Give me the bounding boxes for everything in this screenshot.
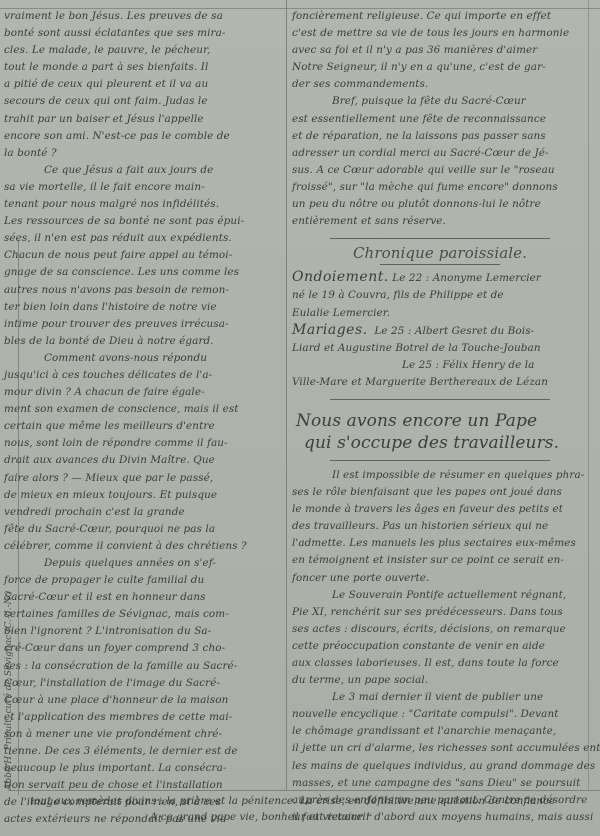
marriage-line: Le 25 : Albert Gesret du Bois-	[374, 325, 534, 337]
text-line: Pie XI, renchérit sur ses prédécesseurs.…	[292, 604, 588, 621]
text-line: célébrer, comme il convient à des chréti…	[4, 538, 284, 555]
text-line: Cœur à une place d'honneur de la maison	[4, 692, 284, 709]
article-title: Nous avons encore un Pape qui s'occupe d…	[292, 410, 588, 454]
text-line: cles. Le malade, le pauvre, le pécheur,	[4, 42, 284, 59]
text-line: foncer une porte ouverte.	[292, 570, 588, 587]
divider-rule	[330, 399, 550, 400]
text-line: autres nous n'avons pas besoin de remon-	[4, 282, 284, 299]
text-line: drait aux avances du Divin Maître. Que	[4, 452, 284, 469]
text-line: il jette un cri d'alarme, les richesses …	[292, 740, 588, 757]
text-line: Bref, puisque la fête du Sacré-Cœur	[292, 93, 588, 110]
paragraph-bonte: vraiment le bon Jésus. Les preuves de sa…	[4, 8, 284, 162]
paragraph-pie-xi: Le Souverain Pontife actuellement régnan…	[292, 587, 588, 690]
text-line: Cœur, l'installation de l'image du Sacré…	[4, 675, 284, 692]
footer-line: tout aux remèdes divins : la prière et l…	[30, 793, 600, 809]
text-line: masses, et une campagne des "sans Dieu" …	[292, 775, 588, 792]
article-title-line: Nous avons encore un Pape	[296, 410, 588, 432]
text-line: ter bien loin dans l'histoire de notre v…	[4, 299, 284, 316]
text-line: Sacré-Cœur et il est en honneur dans	[4, 589, 284, 606]
left-column: vraiment le bon Jésus. Les preuves de sa…	[4, 8, 284, 829]
text-line: sées, il n'en est pas réduit aux expédie…	[4, 230, 284, 247]
text-line: ses le rôle bienfaisant que les papes on…	[292, 484, 588, 501]
text-line: intime pour trouver des preuves irrécusa…	[4, 316, 284, 333]
divider-rule	[330, 238, 550, 239]
text-line: son à mener une vie profondément chré-	[4, 726, 284, 743]
text-line: tout le monde a part à ses bienfaits. Il	[4, 59, 284, 76]
marriage-line: Le 25 : Félix Henry de la	[292, 357, 588, 374]
text-line: Comment avons-nous répondu	[4, 350, 284, 367]
paragraph-fete-sacre-coeur: Bref, puisque la fête du Sacré-Cœurest e…	[292, 93, 588, 230]
text-line: bien l'ignorent ? L'intronisation du Sa-	[4, 623, 284, 640]
text-line: des travailleurs. Pas un historien série…	[292, 518, 588, 535]
text-line: vendredi prochain c'est la grande	[4, 504, 284, 521]
text-line: nouvelle encyclique : "Caritate compulsi…	[292, 706, 588, 723]
text-line: ses : la consécration de la famille au S…	[4, 658, 284, 675]
text-line: le chômage grandissant et l'anarchie men…	[292, 723, 588, 740]
text-line: ses actes : discours, écrits, décisions,…	[292, 621, 588, 638]
text-line: gnage de sa conscience. Les uns comme le…	[4, 264, 284, 281]
paragraph-culte-familial: Depuis quelques années on s'ef-force de …	[4, 555, 284, 829]
text-line: adresser un cordial merci au Sacré-Cœur …	[292, 145, 588, 162]
article-title-line: qui s'occupe des travailleurs.	[296, 432, 588, 454]
ordination-line: né le 19 à Couvra, fils de Philippe et d…	[292, 287, 588, 304]
text-line: fête du Sacré-Cœur, pourquoi ne pas la	[4, 521, 284, 538]
text-line: Depuis quelques années on s'ef-	[4, 555, 284, 572]
text-line: encore son ami. N'est-ce pas le comble d…	[4, 128, 284, 145]
paragraph-commandements: foncièrement religieuse. Ce qui importe …	[292, 8, 588, 93]
text-line: cré-Cœur dans un foyer comprend 3 cho-	[4, 640, 284, 657]
column-divider	[286, 0, 287, 790]
text-line: un peu du nôtre ou plutôt donnons-lui le…	[292, 196, 588, 213]
text-line: der ses commandements.	[292, 76, 588, 93]
text-line: tion servait peu de chose et l'installat…	[4, 777, 284, 794]
text-line: en témoignent et insister sur ce point c…	[292, 552, 588, 569]
text-line: avec sa foi et il n'y a pas 36 manières …	[292, 42, 588, 59]
text-line: certain que même les meilleurs d'entre	[4, 418, 284, 435]
text-line: a pitié de ceux qui pleurent et il va au	[4, 76, 284, 93]
text-line: Chacun de nous peut faire appel au témoi…	[4, 247, 284, 264]
text-line: tenant pour nous malgré nos infidélités.	[4, 196, 284, 213]
text-line: le monde à travers les âges en faveur de…	[292, 501, 588, 518]
text-line: l'admette. Les manuels les plus sectaire…	[292, 535, 588, 552]
text-line: les mains de quelques individus, au gran…	[292, 758, 588, 775]
paragraph-role-papes: Il est impossible de résumer en quelques…	[292, 467, 588, 587]
text-line: Notre Seigneur, il n'y en a qu'une, c'es…	[292, 59, 588, 76]
marriages-label: Mariages.	[292, 322, 368, 338]
text-line: certaines familles de Sévignac, mais com…	[4, 606, 284, 623]
text-line: foncièrement religieuse. Ce qui importe …	[292, 8, 588, 25]
text-line: du terme, un pape social.	[292, 672, 588, 689]
text-line: Le Souverain Pontife actuellement régnan…	[292, 587, 588, 604]
text-line: faire alors ? — Mieux que par le passé,	[4, 470, 284, 487]
text-line: force de propager le culte familial du	[4, 572, 284, 589]
text-line: sa vie mortelle, il le fait encore main-	[4, 179, 284, 196]
text-line: froissé", sur "la mèche qui fume encore"…	[292, 179, 588, 196]
text-line: jusqu'ici à ces touches délicates de l'a…	[4, 367, 284, 384]
ordination-line: Le 22 : Anonyme Lemercier	[392, 272, 541, 284]
text-line: Il est impossible de résumer en quelques…	[292, 467, 588, 484]
text-line: Ce que Jésus a fait aux jours de	[4, 162, 284, 179]
text-line: beaucoup le plus important. La consécra-	[4, 760, 284, 777]
text-line: nous, sont loin de répondre comme il fau…	[4, 435, 284, 452]
text-line: et l'application des membres de cette ma…	[4, 709, 284, 726]
text-line: bonté sont aussi éclatantes que ses mira…	[4, 25, 284, 42]
right-column: foncièrement religieuse. Ce qui importe …	[292, 8, 588, 826]
text-line: de mieux en mieux toujours. Et puisque	[4, 487, 284, 504]
text-line: ment son examen de conscience, mais il e…	[4, 401, 284, 418]
margin-signature: Abbé H. Prioult, curé de Sévignac (C.-d.…	[4, 591, 14, 790]
text-line: est essentiellement une fête de reconnai…	[292, 111, 588, 128]
footer-line: A ce grand pape vie, bonheur et victoire…	[30, 809, 600, 825]
document-page: vraiment le bon Jésus. Les preuves de sa…	[0, 0, 600, 836]
paragraph-infidelites: Ce que Jésus a fait aux jours desa vie m…	[4, 162, 284, 350]
paragraph-reponse: Comment avons-nous répondujusqu'ici à ce…	[4, 350, 284, 555]
marriage-line: Ville-Mare et Marguerite Berthereaux de …	[292, 374, 588, 391]
text-line: trahit par un baiser et Jésus l'appelle	[4, 111, 284, 128]
text-line: Les ressources de sa bonté ne sont pas é…	[4, 213, 284, 230]
divider-rule	[380, 264, 500, 265]
right-margin-rule	[588, 0, 589, 790]
ordination-line: Eulalie Lemercier.	[292, 305, 588, 322]
chronicle-heading: Chronique paroissiale.	[292, 245, 588, 262]
text-line: entièrement et sans réserve.	[292, 213, 588, 230]
footer-text: tout aux remèdes divins : la prière et l…	[30, 793, 600, 825]
text-line: Le 3 mai dernier il vient de publier une	[292, 689, 588, 706]
text-line: c'est de mettre sa vie de tous les jours…	[292, 25, 588, 42]
divider-rule	[330, 460, 550, 461]
text-line: tienne. De ces 3 éléments, le dernier es…	[4, 743, 284, 760]
text-line: secours de ceux qui ont faim. Judas le	[4, 93, 284, 110]
text-line: cette préoccupation constante de venir e…	[292, 638, 588, 655]
text-line: vraiment le bon Jésus. Les preuves de sa	[4, 8, 284, 25]
marriage-line: Liard et Augustine Botrel de la Touche-J…	[292, 340, 588, 357]
text-line: sus. A ce Cœur adorable qui veille sur l…	[292, 162, 588, 179]
text-line: bles de la bonté de Dieu à notre égard.	[4, 333, 284, 350]
ordination-section: Ondoiement. Le 22 : Anonyme Lemercier né…	[292, 269, 588, 321]
text-line: la bonté ?	[4, 145, 284, 162]
marriages-section: Mariages. Le 25 : Albert Gesret du Bois-…	[292, 322, 588, 391]
text-line: aux classes laborieuses. Il est, dans to…	[292, 655, 588, 672]
text-line: mour divin ? A chacun de faire égale-	[4, 384, 284, 401]
ordination-label: Ondoiement.	[292, 269, 389, 285]
text-line: et de réparation, ne la laissons pas pas…	[292, 128, 588, 145]
